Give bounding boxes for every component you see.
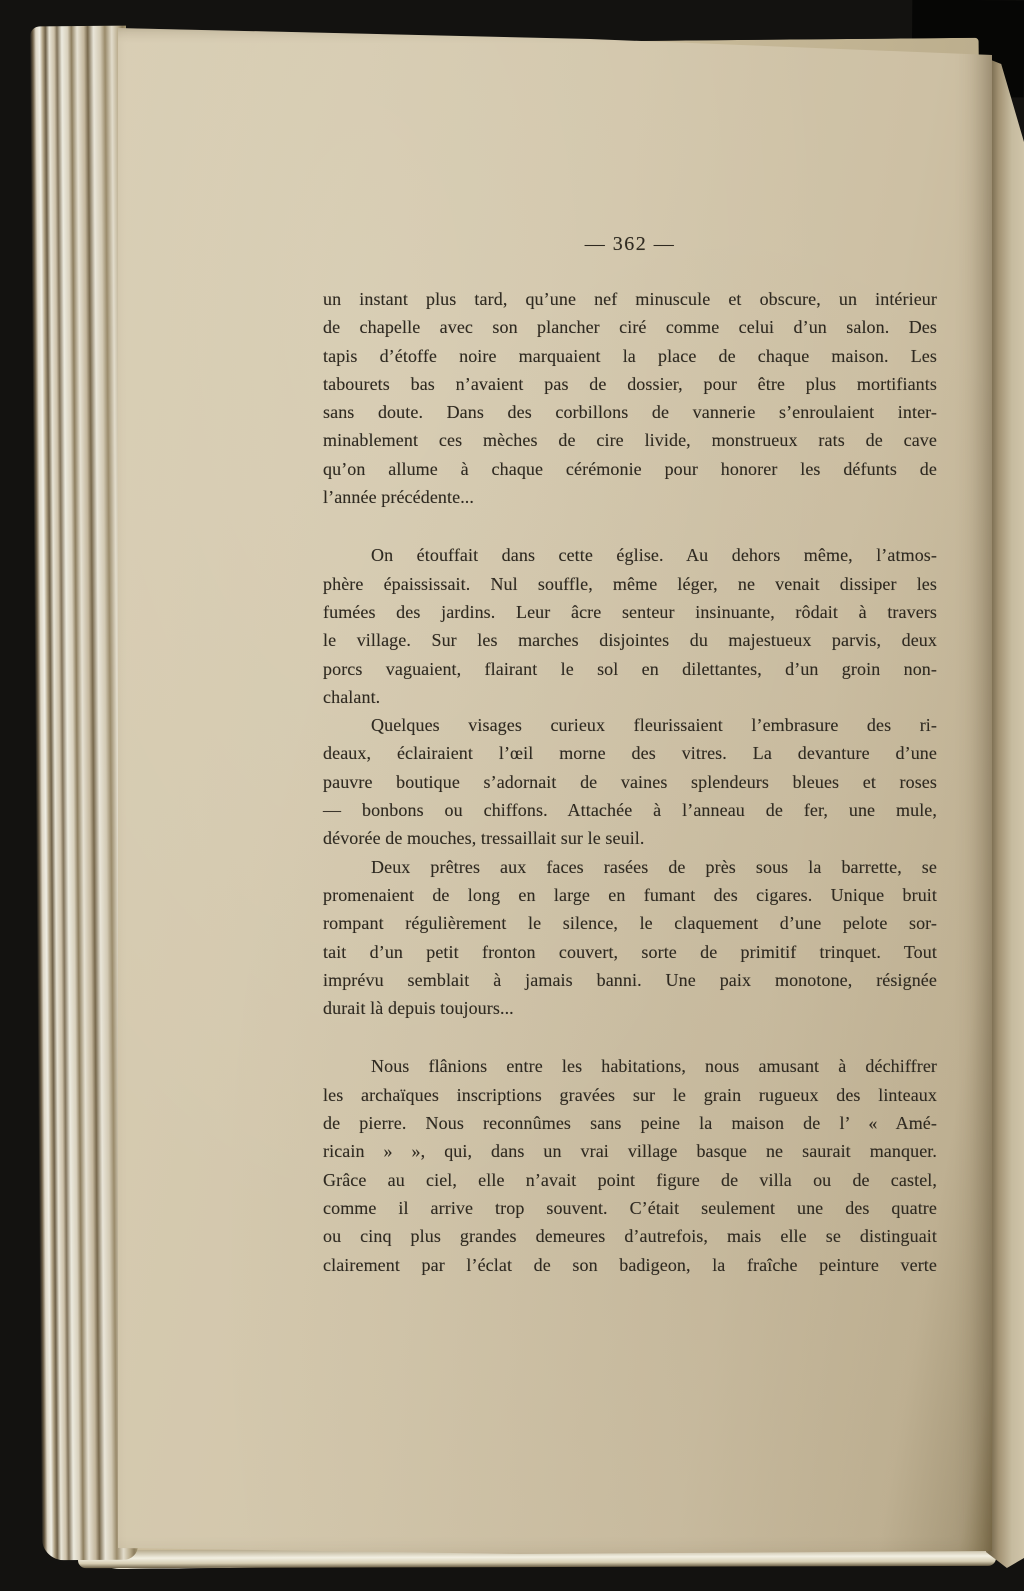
text-line: ricain » », qui, dans un vrai village ba… bbox=[323, 1137, 937, 1165]
text-line: comme il arrive trop souvent. C’était se… bbox=[323, 1194, 937, 1222]
text-line: le village. Sur les marches disjointes d… bbox=[323, 626, 937, 654]
text-line: de chapelle avec son plancher ciré comme… bbox=[323, 313, 937, 341]
text-line: tapis d’étoffe noire marquaient la place… bbox=[323, 342, 937, 370]
text-line: imprévu semblait à jamais banni. Une pai… bbox=[323, 966, 937, 994]
text-line: dévorée de mouches, tressaillait sur le … bbox=[323, 824, 937, 852]
text-line: de pierre. Nous reconnûmes sans peine la… bbox=[323, 1109, 937, 1137]
text-line: deaux, éclairaient l’œil morne des vitre… bbox=[323, 739, 937, 767]
paragraph: Nous flânions entre les habitations, nou… bbox=[323, 1052, 937, 1278]
text-line: minablement ces mèches de cire livide, m… bbox=[323, 426, 937, 454]
text-line: tabourets bas n’avaient pas de dossier, … bbox=[323, 370, 937, 398]
text-line: Nous flânions entre les habitations, nou… bbox=[323, 1052, 937, 1080]
text-line: un instant plus tard, qu’une nef minuscu… bbox=[323, 285, 937, 313]
text-line: tait d’un petit fronton couvert, sorte d… bbox=[323, 938, 937, 966]
text-line: Deux prêtres aux faces rasées de près so… bbox=[323, 853, 937, 881]
text-line: Grâce au ciel, elle n’avait point figure… bbox=[323, 1166, 937, 1194]
text-line: ou cinq plus grandes demeures d’autrefoi… bbox=[323, 1222, 937, 1250]
text-line: Quelques visages curieux fleurissaient l… bbox=[323, 711, 937, 739]
paragraph: un instant plus tard, qu’une nef minuscu… bbox=[323, 285, 937, 511]
text-line: l’année précédente... bbox=[323, 483, 937, 511]
text-line: qu’on allume à chaque cérémonie pour hon… bbox=[323, 455, 937, 483]
text-line: — bonbons ou chiffons. Attachée à l’anne… bbox=[323, 796, 937, 824]
text-line: rompant régulièrement le silence, le cla… bbox=[323, 909, 937, 937]
paragraph: Deux prêtres aux faces rasées de près so… bbox=[323, 853, 937, 1023]
paragraph: On étouffait dans cette église. Au dehor… bbox=[323, 541, 937, 711]
text-line: phère épaississait. Nul souffle, même lé… bbox=[323, 570, 937, 598]
page-number: — 362 — bbox=[323, 230, 937, 258]
text-line: pauvre boutique s’adornait de vaines spl… bbox=[323, 768, 937, 796]
text-line: fumées des jardins. Leur âcre senteur in… bbox=[323, 598, 937, 626]
paragraph: Quelques visages curieux fleurissaient l… bbox=[323, 711, 937, 852]
text-block: — 362 — un instant plus tard, qu’une nef… bbox=[323, 230, 937, 1279]
text-line: durait là depuis toujours... bbox=[323, 994, 937, 1022]
text-line: clairement par l’éclat de son badigeon, … bbox=[323, 1251, 937, 1279]
text-line: porcs vaguaient, flairant le sol en dile… bbox=[323, 655, 937, 683]
book-photo: — 362 — un instant plus tard, qu’une nef… bbox=[0, 0, 1024, 1591]
text-line: les archaïques inscriptions gravées sur … bbox=[323, 1081, 937, 1109]
text-line: promenaient de long en large en fumant d… bbox=[323, 881, 937, 909]
text-line: sans doute. Dans des corbillons de vanne… bbox=[323, 398, 937, 426]
text-line: On étouffait dans cette église. Au dehor… bbox=[323, 541, 937, 569]
text-line: chalant. bbox=[323, 683, 937, 711]
book-page: — 362 — un instant plus tard, qu’une nef… bbox=[118, 25, 992, 1554]
